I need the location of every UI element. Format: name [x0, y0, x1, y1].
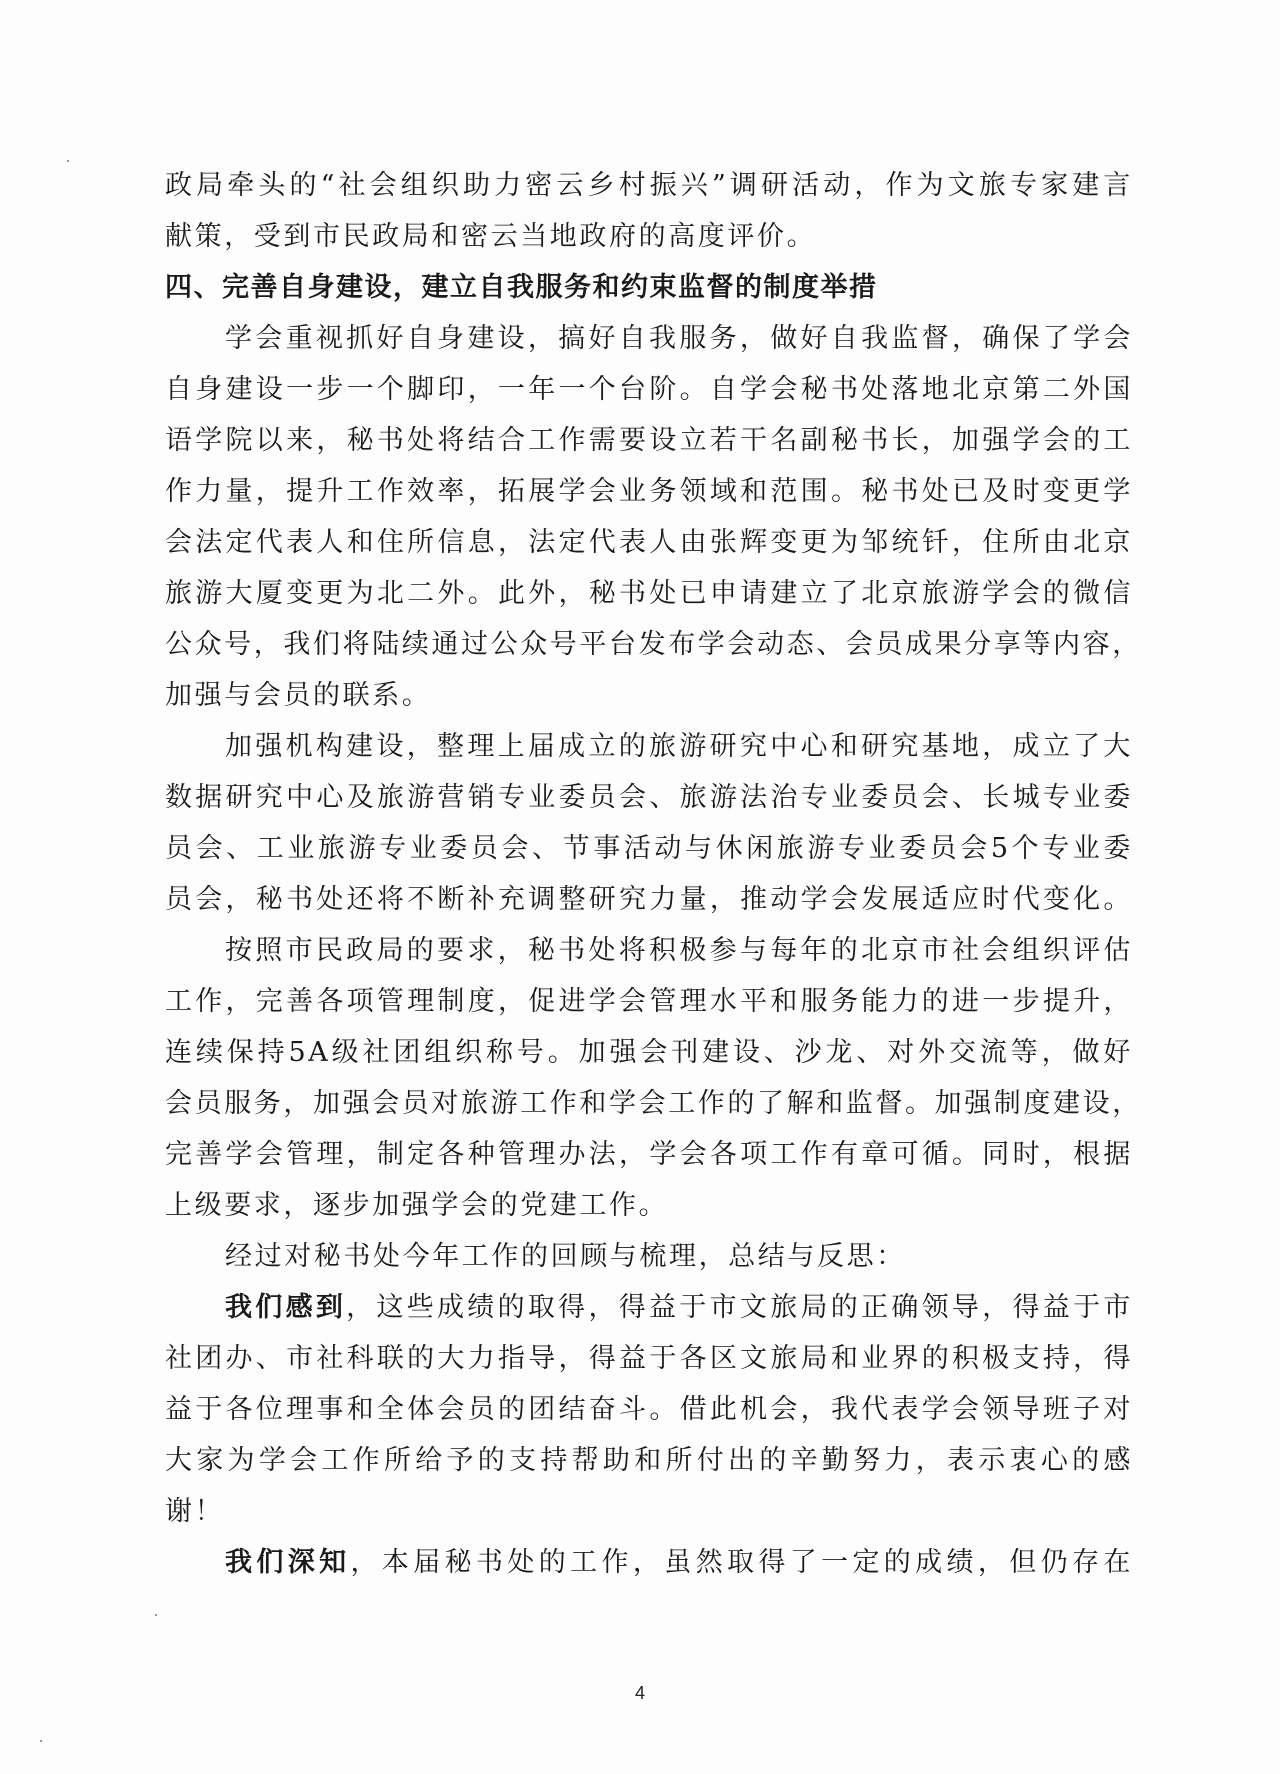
document-body: 政局牵头的“社会组织助力密云乡村振兴”调研活动，作为文旅专家建言 献策，受到市民…	[165, 160, 1133, 1588]
document-page: 政局牵头的“社会组织助力密云乡村振兴”调研活动，作为文旅专家建言 献策，受到市民…	[0, 0, 1280, 1774]
text-line: 语学院以来，秘书处将结合工作需要设立若干名副秘书长，加强学会的工	[165, 415, 1133, 466]
text-line: 加强与会员的联系。	[165, 670, 1133, 721]
text-line: 会法定代表人和住所信息，法定代表人由张辉变更为邹统钎，住所由北京	[165, 517, 1133, 568]
text-line: 工作，完善各项管理制度，促进学会管理水平和服务能力的进一步提升，	[165, 976, 1133, 1027]
bold-lead: 我们深知	[225, 1547, 351, 1578]
text-line: 自身建设一步一个脚印，一年一个台阶。自学会秘书处落地北京第二外国	[165, 364, 1133, 415]
text-line: 上级要求，逐步加强学会的党建工作。	[165, 1180, 1133, 1231]
text-line: 连续保持5A级社团组织称号。加强会刊建设、沙龙、对外交流等，做好	[165, 1027, 1133, 1078]
text-line: 谢！	[165, 1486, 1133, 1537]
text-line: 员会、工业旅游专业委员会、节事活动与休闲旅游专业委员会5个专业委	[165, 823, 1133, 874]
text-line: 我们感到，这些成绩的取得，得益于市文旅局的正确领导，得益于市	[165, 1282, 1133, 1333]
scan-speck	[40, 1740, 42, 1742]
text-line: 经过对秘书处今年工作的回顾与梳理，总结与反思：	[165, 1231, 1133, 1282]
scan-speck	[155, 1614, 157, 1616]
text-line: 会员服务，加强会员对旅游工作和学会工作的了解和监督。加强制度建设，	[165, 1078, 1133, 1129]
text-line: 益于各位理事和全体会员的团结奋斗。借此机会，我代表学会领导班子对	[165, 1384, 1133, 1435]
text-line: 学会重视抓好自身建设，搞好自我服务，做好自我监督，确保了学会	[165, 313, 1133, 364]
bold-lead: 我们感到	[225, 1292, 346, 1323]
text-line: 加强机构建设，整理上届成立的旅游研究中心和研究基地，成立了大	[165, 721, 1133, 772]
text-line: 旅游大厦变更为北二外。此外，秘书处已申请建立了北京旅游学会的微信	[165, 568, 1133, 619]
text-line: 员会，秘书处还将不断补充调整研究力量，推动学会发展适应时代变化。	[165, 874, 1133, 925]
text-run: ，本届秘书处的工作，虽然取得了一定的成绩，但仍存在	[351, 1547, 1134, 1578]
text-line: 完善学会管理，制定各种管理办法，学会各项工作有章可循。同时，根据	[165, 1129, 1133, 1180]
text-line: 社团办、市社科联的大力指导，得益于各区文旅局和业界的积极支持，得	[165, 1333, 1133, 1384]
text-line: 我们深知，本届秘书处的工作，虽然取得了一定的成绩，但仍存在	[165, 1537, 1133, 1588]
text-line: 献策，受到市民政局和密云当地政府的高度评价。	[165, 211, 1133, 262]
text-line: 按照市民政局的要求，秘书处将积极参与每年的北京市社会组织评估	[165, 925, 1133, 976]
text-line: 数据研究中心及旅游营销专业委员会、旅游法治专业委员会、长城专业委	[165, 772, 1133, 823]
text-line: 政局牵头的“社会组织助力密云乡村振兴”调研活动，作为文旅专家建言	[165, 160, 1133, 211]
text-line: 公众号，我们将陆续通过公众号平台发布学会动态、会员成果分享等内容，	[165, 619, 1133, 670]
text-line: 大家为学会工作所给予的支持帮助和所付出的辛勤努力，表示衷心的感	[165, 1435, 1133, 1486]
section-heading: 四、完善自身建设，建立自我服务和约束监督的制度举措	[165, 262, 1133, 313]
text-line: 作力量，提升工作效率，拓展学会业务领域和范围。秘书处已及时变更学	[165, 466, 1133, 517]
text-run: ，这些成绩的取得，得益于市文旅局的正确领导，得益于市	[346, 1292, 1133, 1323]
scan-speck	[67, 160, 69, 162]
page-number: 4	[0, 1683, 1280, 1704]
